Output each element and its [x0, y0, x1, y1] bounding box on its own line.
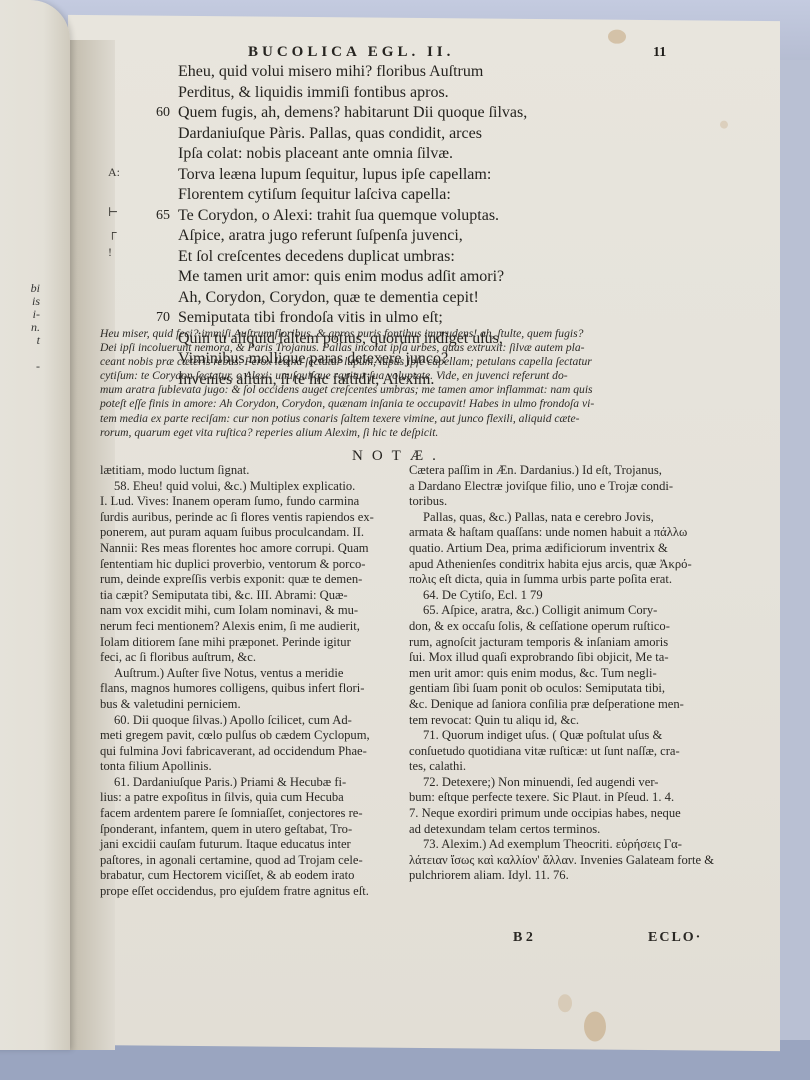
note-line: Cætera paſſim in Æn. Dardanius.) Id eſt,…: [409, 463, 709, 479]
note-line: nam vox excidit mihi, cum Iolam nominavi…: [100, 603, 400, 619]
note-line: rum, deinde expreſſis verbis exponit: qu…: [100, 572, 400, 588]
verse-line-text: Florentem cytiſum ſequitur laſciva capel…: [178, 186, 451, 203]
note-line: &c. Denique ad ſaniora conſilia præ deſp…: [409, 697, 709, 713]
note-line: ſententiam hic duplici proverbio, ventor…: [100, 557, 400, 573]
note-line: rum, agnoſcit jacturam temporis & inſani…: [409, 635, 709, 651]
note-line: conſuetudo quotidiana vitæ ruſticæ: ut ſ…: [409, 744, 709, 760]
page-content: BUCOLICA EGL. II. 11 A: ⊢ ┌ ! Eheu, quid…: [0, 0, 810, 1080]
verse-line: Eheu, quid volui misero mihi? floribus A…: [178, 62, 698, 83]
verse-line-text: Aſpice, aratra jugo referunt ſuſpenſa ju…: [178, 227, 463, 244]
verse-line-text: Ah, Corydon, Corydon, quæ te dementia ce…: [178, 289, 479, 306]
note-line: lætitiam, modo luctum ſignat.: [100, 463, 400, 479]
verse-line-text: Te Corydon, o Alexi: trahit ſua quemque …: [178, 207, 499, 224]
note-line: prope eſſet occidendus, pro ejuſdem frat…: [100, 884, 400, 900]
note-line: Iolam ditiorem ſane mihi præponet. Perin…: [100, 635, 400, 651]
note-line: 73. Alexim.) Ad exemplum Theocriti. εὑρή…: [409, 837, 709, 853]
note-line: ſui. Mox illud quaſi exprobrando ſibi ob…: [409, 650, 709, 666]
note-line: 58. Eheu! quid volui, &c.) Multiplex exp…: [100, 479, 400, 495]
margin-marks: A: ⊢ ┌ !: [108, 162, 120, 262]
note-line: ſponderant, infantem, quem in utero geſt…: [100, 822, 400, 838]
note-line: pulchriorem aliam. Idyl. 11. 76.: [409, 868, 709, 884]
note-line: apud Athenienſes conditrix habita ejus a…: [409, 557, 709, 573]
note-line: facem ardentem parere ſe ſomniaſſet, con…: [100, 806, 400, 822]
notes-right-column: Cætera paſſim in Æn. Dardanius.) Id eſt,…: [409, 463, 709, 884]
note-line: quatio. Artium Dea, prima ædificiorum in…: [409, 541, 709, 557]
verse-line: Ah, Corydon, Corydon, quæ te dementia ce…: [178, 288, 698, 309]
verse-line-text: Semiputata tibi frondoſa vitis in ulmo e…: [178, 309, 443, 326]
line-number: 60: [156, 103, 170, 124]
note-line: tes, calathi.: [409, 759, 709, 775]
catchword: ECLO·: [648, 930, 702, 946]
verse-line: Et ſol creſcentes decedens duplicat umbr…: [178, 247, 698, 268]
note-line: tia cæpit? Semiputata tibi, &c. III. Abr…: [100, 588, 400, 604]
verse-line: Aſpice, aratra jugo referunt ſuſpenſa ju…: [178, 226, 698, 247]
note-line: nerum feci mentionem? Alexis enim, ſi me…: [100, 619, 400, 635]
note-line: 60. Dii quoque ſilvas.) Apollo ſcilicet,…: [100, 713, 400, 729]
note-line: bus & valetudini perniciem.: [100, 697, 400, 713]
note-line: ſurdis auribus, perinde ac ſi flores ven…: [100, 510, 400, 526]
signature-mark: B 2: [513, 930, 533, 946]
verse-line: 60Quem fugis, ah, demens? habitarunt Dii…: [178, 103, 698, 124]
verse-line-text: Me tamen urit amor: quis enim modus adſi…: [178, 268, 504, 285]
paraphrase-line: Dei ipſi incoluerunt nemora, & Paris Tro…: [100, 341, 720, 355]
note-line: Nannii: Res meas florentes hoc amore cor…: [100, 541, 400, 557]
verse-line-text: Dardaniuſque Pàris. Pallas, quas condidi…: [178, 125, 482, 142]
note-line: λάτειαν ἴσως καὶ καλλίον' ἄλλαν. Invenie…: [409, 853, 709, 869]
verse-line-text: Ipſa colat: nobis placeant ante omnia ſi…: [178, 145, 453, 162]
note-line: qui fulmina Jovi fabricaverant, ad occid…: [100, 744, 400, 760]
note-line: tem revocat: Quin tu aliqu id, &c.: [409, 713, 709, 729]
paraphrase-line: rorum, quarum eget vita ruſtica? reperie…: [100, 426, 720, 440]
verse-line: Torva leæna lupum ſequitur, lupus ipſe c…: [178, 165, 698, 186]
note-line: brabatur, cum Hectorem viciſſet, & ab eo…: [100, 868, 400, 884]
note-line: paſtores, in agonali certamine, quod ad …: [100, 853, 400, 869]
paraphrase-line: poteſt eſſe finis in amore: Ah Corydon, …: [100, 397, 720, 411]
note-line: 65. Aſpice, aratra, &c.) Colligit animum…: [409, 603, 709, 619]
verse-line: Dardaniuſque Pàris. Pallas, quas condidi…: [178, 124, 698, 145]
note-line: feci, ac ſi floribus auſtrum, &c.: [100, 650, 400, 666]
note-line: gentiam ſibi ſuam ponit ob oculos: Semip…: [409, 681, 709, 697]
running-head: BUCOLICA EGL. II.: [248, 44, 454, 61]
note-line: ponerem, aut puram aquam ſuibus proculca…: [100, 525, 400, 541]
note-line: armata & haſtam quaſſans: unde nomen hab…: [409, 525, 709, 541]
paraphrase-line: ceant nobis præ cæteris rebus. Ferox leæ…: [100, 355, 720, 369]
prose-paraphrase: Heu miser, quid feci? immiſi Auſtrum flo…: [100, 327, 720, 440]
line-number: 70: [156, 308, 170, 329]
verse-line-text: Eheu, quid volui misero mihi? floribus A…: [178, 63, 483, 80]
note-line: bum: eſtque perfecte texere. Sic Plaut. …: [409, 790, 709, 806]
verse-line: 65Te Corydon, o Alexi: trahit ſua quemqu…: [178, 206, 698, 227]
note-line: Pallas, quas, &c.) Pallas, nata e cerebr…: [409, 510, 709, 526]
verse-line: Perditus, & liquidis immiſi fontibus apr…: [178, 83, 698, 104]
paraphrase-line: tem media ex parte reciſam: cur non poti…: [100, 412, 720, 426]
note-line: lius: a patre expoſitus in ſilvis, quia …: [100, 790, 400, 806]
verse-line-text: Quem fugis, ah, demens? habitarunt Dii q…: [178, 104, 527, 121]
note-line: ad detexundam telam certos terminos.: [409, 822, 709, 838]
notes-left-column: lætitiam, modo luctum ſignat.58. Eheu! q…: [100, 463, 400, 900]
paraphrase-line: Heu miser, quid feci? immiſi Auſtrum flo…: [100, 327, 720, 341]
note-line: toribus.: [409, 494, 709, 510]
page-number: 11: [653, 45, 666, 61]
note-line: men urit amor: quis enim modus, &c. Tum …: [409, 666, 709, 682]
verse-line: Florentem cytiſum ſequitur laſciva capel…: [178, 185, 698, 206]
verse-line-text: Et ſol creſcentes decedens duplicat umbr…: [178, 248, 455, 265]
note-line: 71. Quorum indiget uſus. ( Quæ poſtulat …: [409, 728, 709, 744]
note-line: tonta filium Apollinis.: [100, 759, 400, 775]
paraphrase-line: mum aratra ſublevata jugo: & ſol occiden…: [100, 383, 720, 397]
note-line: don, & ex occaſu ſolis, & ceſſatione ope…: [409, 619, 709, 635]
note-line: 72. Detexere;) Non minuendi, ſed augendi…: [409, 775, 709, 791]
note-line: 64. De Cytiſo, Ecl. 1 79: [409, 588, 709, 604]
note-line: I. Lud. Vives: Inanem operam ſumo, fundo…: [100, 494, 400, 510]
verse-line-text: Perditus, & liquidis immiſi fontibus apr…: [178, 84, 449, 101]
note-line: 7. Neque exordiri primum unde occipias h…: [409, 806, 709, 822]
line-number: 65: [156, 206, 170, 227]
note-line: πολις eſt dicta, quia in ſumma urbis par…: [409, 572, 709, 588]
note-line: 61. Dardaniuſque Paris.) Priami & Hecubæ…: [100, 775, 400, 791]
paraphrase-line: cytiſum: te Corydon ſectatur, o Alexi: u…: [100, 369, 720, 383]
note-line: meti gregem pavit, cœlo pulſus ob cædem …: [100, 728, 400, 744]
note-line: Auſtrum.) Auſter ſive Notus, ventus a me…: [100, 666, 400, 682]
note-line: flans, magnos humores colligens, quibus …: [100, 681, 400, 697]
verse-line: Me tamen urit amor: quis enim modus adſi…: [178, 267, 698, 288]
note-line: jani excidii cauſam futurum. Itaque educ…: [100, 837, 400, 853]
verse-line-text: Torva leæna lupum ſequitur, lupus ipſe c…: [178, 166, 491, 183]
verse-line: 70Semiputata tibi frondoſa vitis in ulmo…: [178, 308, 698, 329]
note-line: a Dardano Electræ joviſque filio, uno e …: [409, 479, 709, 495]
verse-line: Ipſa colat: nobis placeant ante omnia ſi…: [178, 144, 698, 165]
